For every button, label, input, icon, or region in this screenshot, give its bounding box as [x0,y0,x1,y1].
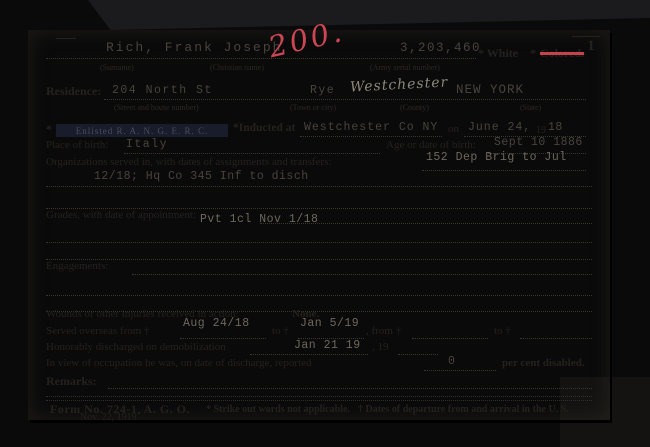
blank-rule-4 [46,294,592,296]
residence-state-value: NEW YORK [456,83,524,97]
town-caption: (Town or city) [290,103,336,112]
redacted-enlistment-options: Enlisted R. A. N. G. E. R. C. [56,124,228,137]
race-colored-prefix: * [530,46,536,61]
disability-value: 0 [448,355,455,368]
engagements-label: Engagements: [46,260,108,272]
place-of-birth-value: Italy [126,138,168,151]
discharge-date-value: Jan 21 19 [294,339,361,352]
discharge-label: Honorably discharged on demobilization [46,341,226,353]
served-overseas-label: Served overseas from † [46,325,150,337]
inducted-date-value: June 24, [468,121,531,134]
blank-rule-3 [46,258,592,260]
footnote-strike: * Strike out words not applicable. [206,404,350,415]
age-of-birth-label: Age or date of birth: [386,139,476,151]
army-serial-caption: (Army serial number) [370,63,440,72]
grades-value: Pvt 1cl Nov 1/18 [200,213,318,226]
organizations-rule1 [422,169,586,171]
surname-caption: (Surname) [100,63,134,72]
inducted-place-value: Westchester Co NY [304,121,438,134]
overseas-rule3 [412,337,488,339]
residence-rule [104,98,586,100]
organizations-value-line2: 12/18; Hq Co 345 Inf to disch [94,170,309,183]
name-line-rule [46,57,476,59]
surname-christian-name-value: Rich, Frank Joseph [106,40,282,55]
race-white-label: * White [478,46,518,61]
state-caption: (State) [520,103,541,112]
inducted-on-label: on [448,123,459,135]
organizations-rule2 [46,185,592,187]
grades-label: Grades, with date of appointment: [46,209,196,221]
overseas-date2-value: Jan 5/19 [300,317,359,330]
blank-rule-2 [46,241,592,243]
redacted-text: Enlisted R. A. N. G. E. R. C. [76,126,209,136]
residence-county-handwritten: Westchester [350,74,449,95]
organizations-value-line1: 152 Dep Brig to Jul [426,151,567,164]
discharge-year-suffix: , 19 [372,341,389,353]
army-serial-number-value: 3,203,460 [400,41,481,55]
street-caption: (Street and house number) [114,103,199,112]
overseas-date1-value: Aug 24/18 [183,317,250,330]
organizations-label: Organizations served in, with dates of a… [46,156,331,168]
footnote-dagger: † Dates of departure from and arrival in… [358,404,569,415]
overseas-to2-label: to † [494,325,511,337]
disability-label: In view of occupation he was, on date of… [46,357,312,369]
top-left-dash [56,38,76,39]
residence-street-value: 204 North St [112,84,213,97]
residence-label: Residence: [46,84,101,99]
birth-place-rule [124,152,380,154]
enlisted-asterisk: * [46,122,52,137]
disability-suffix: per cent disabled. [502,357,585,369]
remarks-rule [108,387,592,389]
county-caption: (County) [400,103,429,112]
residence-town-value: Rye [310,84,335,97]
form-date: Nov. 22, 1919. [80,412,139,423]
inducted-at-label: *Inducted at [233,122,295,134]
background-card-edge [88,0,650,30]
discharge-rule2 [398,353,438,355]
inducted-place-rule [300,135,442,137]
inducted-year-typed: 18 [548,121,563,134]
christian-name-caption: (Christian name) [210,63,264,72]
disability-rule [424,369,496,371]
overseas-rule4 [520,337,592,339]
scanned-card-background: 1 Rich, Frank Joseph 200. 3,203,460 * Wh… [0,0,650,447]
birth-date-value: Sept 10 1886 [494,136,583,149]
footer-divider [46,396,592,401]
overseas-from2-label: , from † [366,325,401,337]
remarks-label: Remarks: [46,374,97,389]
grades-rule [260,222,592,224]
discharge-rule1 [250,353,368,355]
overseas-to1-label: to † [272,325,289,337]
race-colored-label-struck: Colored. [540,46,584,61]
overseas-rule1 [180,337,266,339]
place-of-birth-label: Place of birth: [46,139,108,151]
page-number-overline [572,36,600,37]
military-service-record-card: 1 Rich, Frank Joseph 200. 3,203,460 * Wh… [28,30,610,420]
engagements-rule [132,273,592,275]
